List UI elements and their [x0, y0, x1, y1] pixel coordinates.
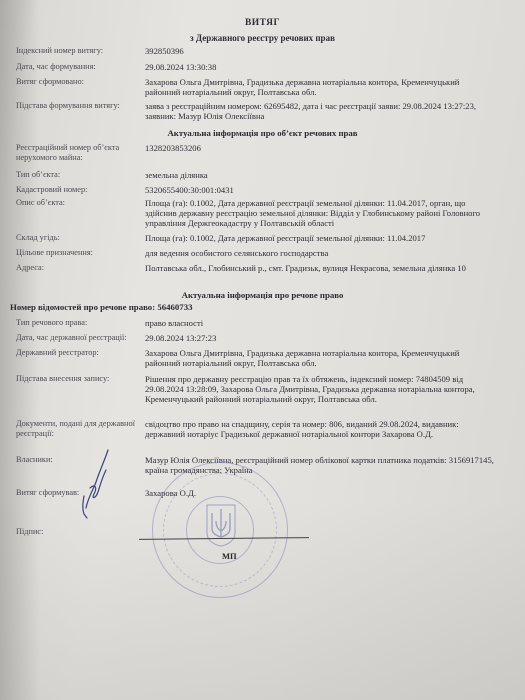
document-title: ВИТЯГ [0, 18, 525, 28]
field-label: Цільове призначення: [16, 248, 141, 258]
field-label: Тип об’єкта: [16, 170, 141, 180]
field-label: Підстава внесення запису: [16, 374, 141, 384]
field-value: 1328203853206 [145, 143, 495, 153]
field-value: Полтавська обл., Глобинський р., смт. Гр… [145, 263, 495, 273]
field-value: для ведення особистого селянського госпо… [145, 248, 495, 258]
field-label: Адреса: [16, 263, 141, 273]
field-value: 5320655400:30:001:0431 [145, 185, 495, 195]
field-label: Дата, час державної реєстрації: [16, 333, 141, 343]
field-label: Дата, час формування: [16, 62, 141, 72]
field-label: Склад угідь: [16, 233, 141, 243]
field-value: Рішення про державну реєстрацію прав та … [145, 374, 495, 404]
field-value: Захарова Ольга Дмитрівна, Градизька держ… [145, 77, 495, 97]
field-value: 29.08.2024 13:30:38 [145, 62, 495, 72]
field-value: 392850396 [145, 46, 495, 56]
section-heading-right: Актуальна інформація про речове право [0, 290, 525, 300]
field-value: Площа (га): 0.1002, Дата державної реєст… [145, 198, 495, 228]
handwritten-signature-icon [78, 448, 118, 528]
coat-of-arms-trident-icon [205, 503, 237, 547]
field-label: Тип речового права: [16, 318, 141, 328]
document-subtitle: з Державного реєстру речових прав [0, 33, 525, 43]
field-label: Витяг сформовано: [16, 77, 141, 87]
field-value: право власності [145, 318, 495, 328]
field-value: заява з реєстраційним номером: 62695482,… [145, 101, 495, 121]
extract-document: ВИТЯГ з Державного реєстру речових прав … [0, 0, 525, 700]
field-value: Захарова Ольга Дмитрівна, Градизька держ… [145, 348, 495, 368]
field-label: Державний реєстратор: [16, 348, 141, 358]
field-label: Підстава формування витягу: [16, 101, 141, 111]
right-record-number: Номер відомостей про речове право: 56460… [10, 302, 193, 312]
field-value: 29.08.2024 13:27:23 [145, 333, 495, 343]
field-value: свідоцтво про право на спадщину, серія т… [145, 419, 495, 439]
field-label: Підпис: [16, 527, 141, 537]
field-label: Опис об’єкта: [16, 198, 141, 208]
field-label: Кадастровий номер: [16, 185, 141, 195]
field-value: земельна ділянка [145, 170, 495, 180]
seal-placeholder-label: МП [222, 551, 237, 561]
section-heading-object: Актуальна інформація про об’єкт речових … [0, 128, 525, 138]
field-value: Площа (га): 0.1002, Дата державної реєст… [145, 233, 495, 243]
field-label: Індексний номер витягу: [16, 46, 141, 56]
field-label: Документи, подані для державної реєстрац… [16, 419, 141, 439]
field-label: Реєстраційний номер об’єкта нерухомого м… [16, 143, 141, 163]
